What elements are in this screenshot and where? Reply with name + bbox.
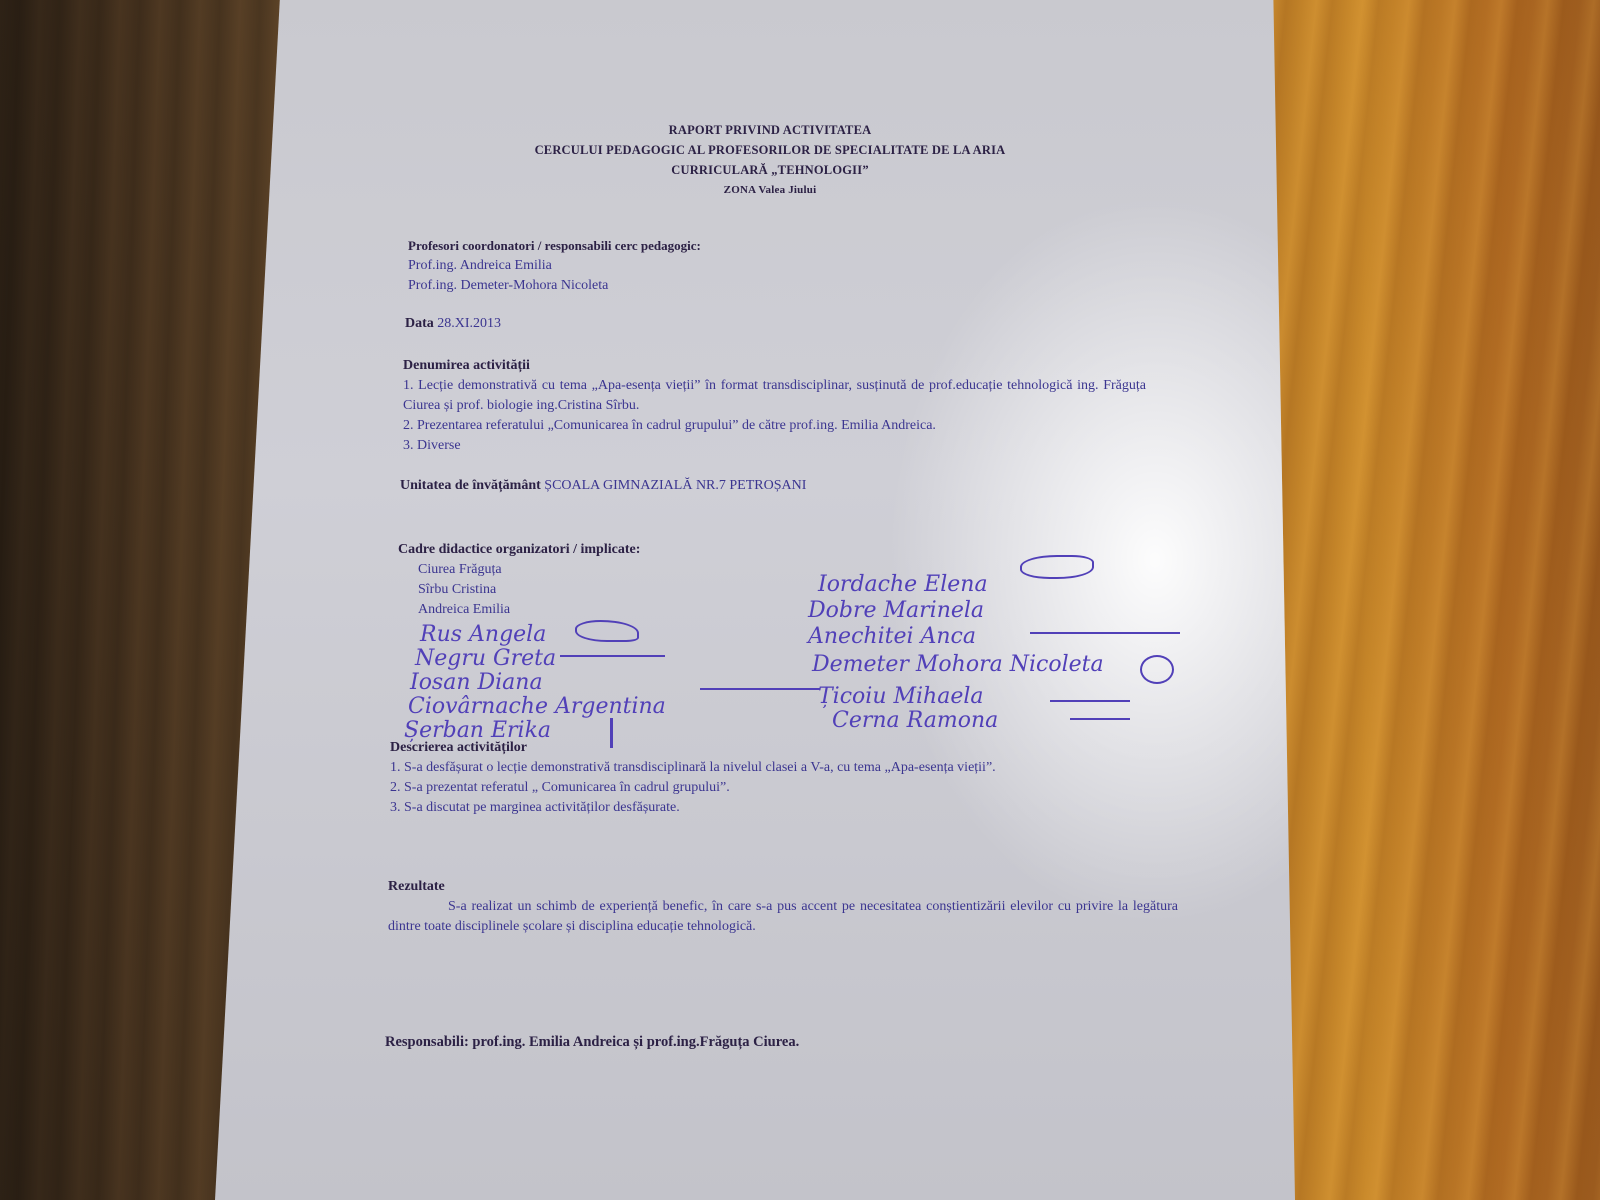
description-item-2: 2. S-a prezentat referatul „ Comunicarea… xyxy=(390,778,1166,798)
handwritten-name: Dobre Marinela xyxy=(808,598,984,624)
teachers-section: Cadre didactice organizatori / implicate… xyxy=(398,540,640,620)
results-text: S-a realizat un schimb de experiență ben… xyxy=(388,897,1178,937)
title-line-4: ZONA Valea Jiului xyxy=(410,180,1130,200)
title-line-2: CERCULUI PEDAGOGIC AL PROFESORILOR DE SP… xyxy=(410,140,1130,160)
results-label: Rezultate xyxy=(388,877,1178,897)
coordinator-1: Prof.ing. Andreica Emilia xyxy=(408,256,908,276)
teacher-printed-2: Sîrbu Cristina xyxy=(398,580,640,600)
activity-item-3: 3. Diverse xyxy=(403,436,1146,456)
responsible-line: Responsabili: prof.ing. Emilia Andreica … xyxy=(385,1032,799,1052)
description-item-1: 1. S-a desfășurat o lecție demonstrativă… xyxy=(390,758,1166,778)
description-item-3: 3. S-a discutat pe marginea activitățilo… xyxy=(390,798,1166,818)
title-line-3: CURRICULARĂ „TEHNOLOGII” xyxy=(410,160,1130,180)
handwritten-name: Anechitei Anca xyxy=(808,624,976,650)
signature-mark xyxy=(1020,555,1094,579)
handwritten-name: Iordache Elena xyxy=(818,572,988,598)
teacher-printed-1: Ciurea Frăguța xyxy=(398,560,640,580)
handwritten-name: Țicoiu Mihaela xyxy=(818,684,984,710)
coordinator-2: Prof.ing. Demeter-Mohora Nicoleta xyxy=(408,276,908,296)
school-value: ȘCOALA GIMNAZIALĂ NR.7 PETROȘANI xyxy=(544,478,806,493)
activity-item-2: 2. Prezentarea referatului „Comunicarea … xyxy=(403,416,1146,436)
handwritten-name: Ciovârnache Argentina xyxy=(408,694,666,720)
signature-mark xyxy=(560,655,665,657)
document-title: RAPORT PRIVIND ACTIVITATEA CERCULUI PEDA… xyxy=(410,120,1130,200)
signature-mark xyxy=(1050,700,1130,702)
signature-mark xyxy=(1140,655,1174,684)
results-section: Rezultate S-a realizat un schimb de expe… xyxy=(388,877,1178,937)
signature-mark xyxy=(700,688,820,690)
signature-mark xyxy=(1030,632,1180,634)
handwritten-name: Demeter Mohora Nicoleta xyxy=(812,652,1104,678)
date-label: Data xyxy=(405,316,434,331)
description-label: Descrierea activităților xyxy=(390,738,1166,758)
title-line-1: RAPORT PRIVIND ACTIVITATEA xyxy=(410,120,1130,140)
coordinators-section: Profesori coordonatori / responsabili ce… xyxy=(408,236,908,296)
handwritten-name: Cerna Ramona xyxy=(832,708,998,734)
handwritten-name: Iosan Diana xyxy=(410,670,543,696)
teachers-label: Cadre didactice organizatori / implicate… xyxy=(398,540,640,560)
date-section: Data 28.XI.2013 xyxy=(405,314,501,334)
handwritten-name: Negru Greta xyxy=(415,646,556,672)
description-section: Descrierea activităților 1. S-a desfășur… xyxy=(390,738,1166,818)
activity-name-section: Denumirea activității 1. Lecție demonstr… xyxy=(403,356,1146,456)
date-value: 28.XI.2013 xyxy=(437,316,501,331)
school-section: Unitatea de învățământ ȘCOALA GIMNAZIALĂ… xyxy=(400,476,806,496)
handwritten-name: Rus Angela xyxy=(420,622,546,648)
teacher-printed-3: Andreica Emilia xyxy=(398,600,640,620)
coordinators-label: Profesori coordonatori / responsabili ce… xyxy=(408,236,908,256)
activity-item-1: 1. Lecție demonstrativă cu tema „Apa-ese… xyxy=(403,376,1146,416)
school-label: Unitatea de învățământ xyxy=(400,478,541,493)
signature-mark xyxy=(1070,718,1130,720)
activity-name-label: Denumirea activității xyxy=(403,356,1146,376)
